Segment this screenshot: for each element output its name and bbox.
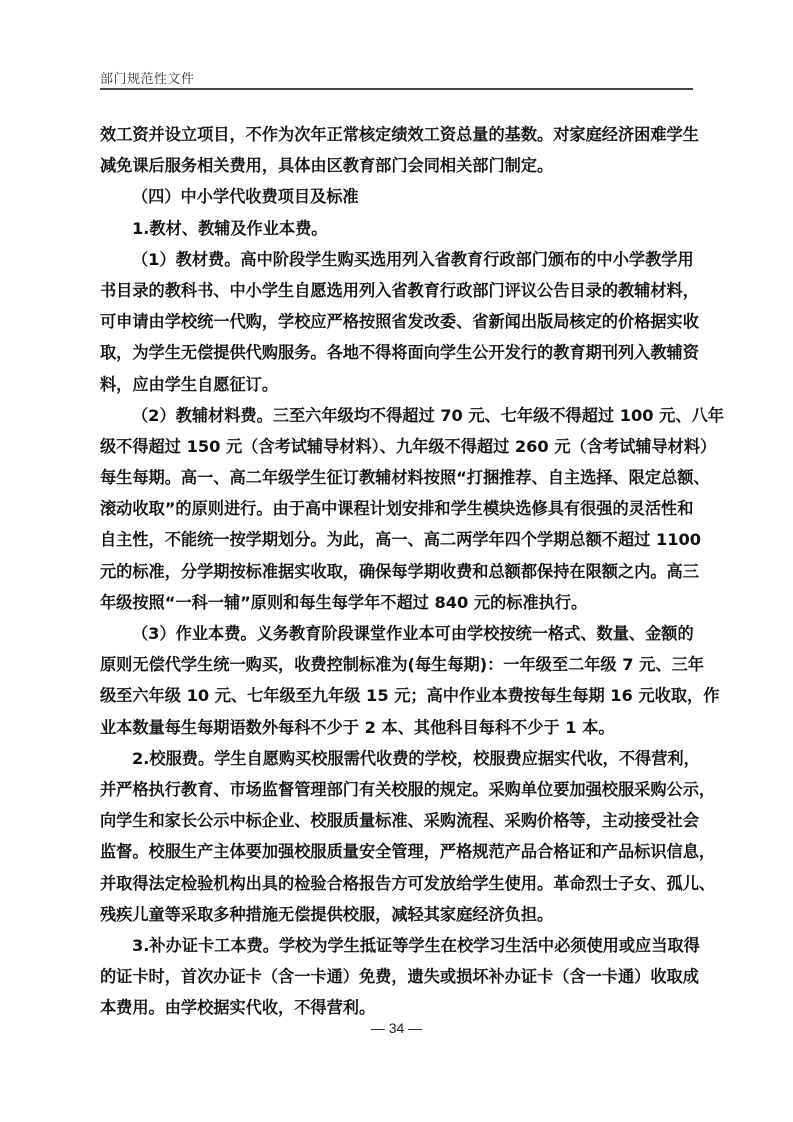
text-line: 自主性，不能统一按学期划分。为此，高一、高二两学年四个学期总额不超过 1100	[100, 524, 693, 555]
page-header: 部门规范性文件	[100, 68, 693, 90]
text-line: 可申请由学校统一代购，学校应严格按照省发改委、省新闻出版局核定的价格据实收	[100, 306, 693, 337]
text-line: 级至六年级 10 元、七年级至九年级 15 元；高中作业本费按每生每期 16 元…	[100, 680, 693, 711]
text-line: 2.校服费。学生自愿购买校服需代收费的学校，校服费应据实代收，不得营利，	[100, 743, 693, 774]
text-line: 1.教材、教辅及作业本费。	[100, 213, 693, 244]
text-line: 年级按照“一科一辅”原则和每生每学年不超过 840 元的标准执行。	[100, 587, 693, 618]
text-line: 并严格执行教育、市场监督管理部门有关校服的规定。采购单位要加强校服采购公示，	[100, 774, 693, 805]
text-line: 每生每期。高一、高二年级学生征订教辅材料按照“打捆推荐、自主选择、限定总额、	[100, 462, 693, 493]
text-line: 滚动收取”的原则进行。由于高中课程计划安排和学生模块选修具有很强的灵活性和	[100, 493, 693, 524]
text-line: 减免课后服务相关费用，具体由区教育部门会同相关部门制定。	[100, 150, 693, 181]
header-title: 部门规范性文件	[100, 68, 195, 87]
text-line: （1）教材费。高中阶段学生购买选用列入省教育行政部门颁布的中小学教学用	[100, 244, 693, 275]
text-line: 原则无偿代学生统一购买，收费控制标准为(每生每期)：一年级至二年级 7 元、三年	[100, 649, 693, 680]
page-number: — 34 —	[0, 1020, 793, 1036]
text-line: 书目录的教科书、中小学生自愿选用列入省教育行政部门评议公告目录的教辅材料，	[100, 275, 693, 306]
text-line: 的证卡时，首次办证卡（含一卡通）免费，遗失或损坏补办证卡（含一卡通）收取成	[100, 961, 693, 992]
text-line: （3）作业本费。义务教育阶段课堂作业本可由学校按统一格式、数量、金额的	[100, 618, 693, 649]
text-line: （四）中小学代收费项目及标准	[100, 181, 693, 212]
text-line: 3.补办证卡工本费。学校为学生抵证等学生在校学习生活中必须使用或应当取得	[100, 930, 693, 961]
text-line: 效工资并设立项目，不作为次年正常核定绩效工资总量的基数。对家庭经济困难学生	[100, 119, 693, 150]
text-line: 并取得法定检验机构出具的检验合格报告方可发放给学生使用。革命烈士子女、孤儿、	[100, 868, 693, 899]
text-line: 元的标准，分学期按标准据实收取，确保每学期收费和总额都保持在限额之内。高三	[100, 556, 693, 587]
text-line: （2）教辅材料费。三至六年级均不得超过 70 元、七年级不得超过 100 元、八…	[100, 400, 693, 431]
text-line: 本费用。由学校据实代收，不得营利。	[100, 992, 693, 1023]
text-line: 向学生和家长公示中标企业、校服质量标准、采购流程、采购价格等，主动接受社会	[100, 805, 693, 836]
document-body: 效工资并设立项目，不作为次年正常核定绩效工资总量的基数。对家庭经济困难学生减免课…	[100, 119, 693, 1023]
text-line: 残疾儿童等采取多种措施无偿提供校服，减轻其家庭经济负担。	[100, 899, 693, 930]
text-line: 料，应由学生自愿征订。	[100, 369, 693, 400]
text-line: 级不得超过 150 元（含考试辅导材料）、九年级不得超过 260 元（含考试辅导…	[100, 431, 693, 462]
text-line: 取，为学生无偿提供代购服务。各地不得将面向学生公开发行的教育期刊列入教辅资	[100, 337, 693, 368]
text-line: 监督。校服生产主体要加强校服质量安全管理，严格规范产品合格证和产品标识信息，	[100, 836, 693, 867]
text-line: 业本数量每生每期语数外每科不少于 2 本、其他科目每科不少于 1 本。	[100, 712, 693, 743]
